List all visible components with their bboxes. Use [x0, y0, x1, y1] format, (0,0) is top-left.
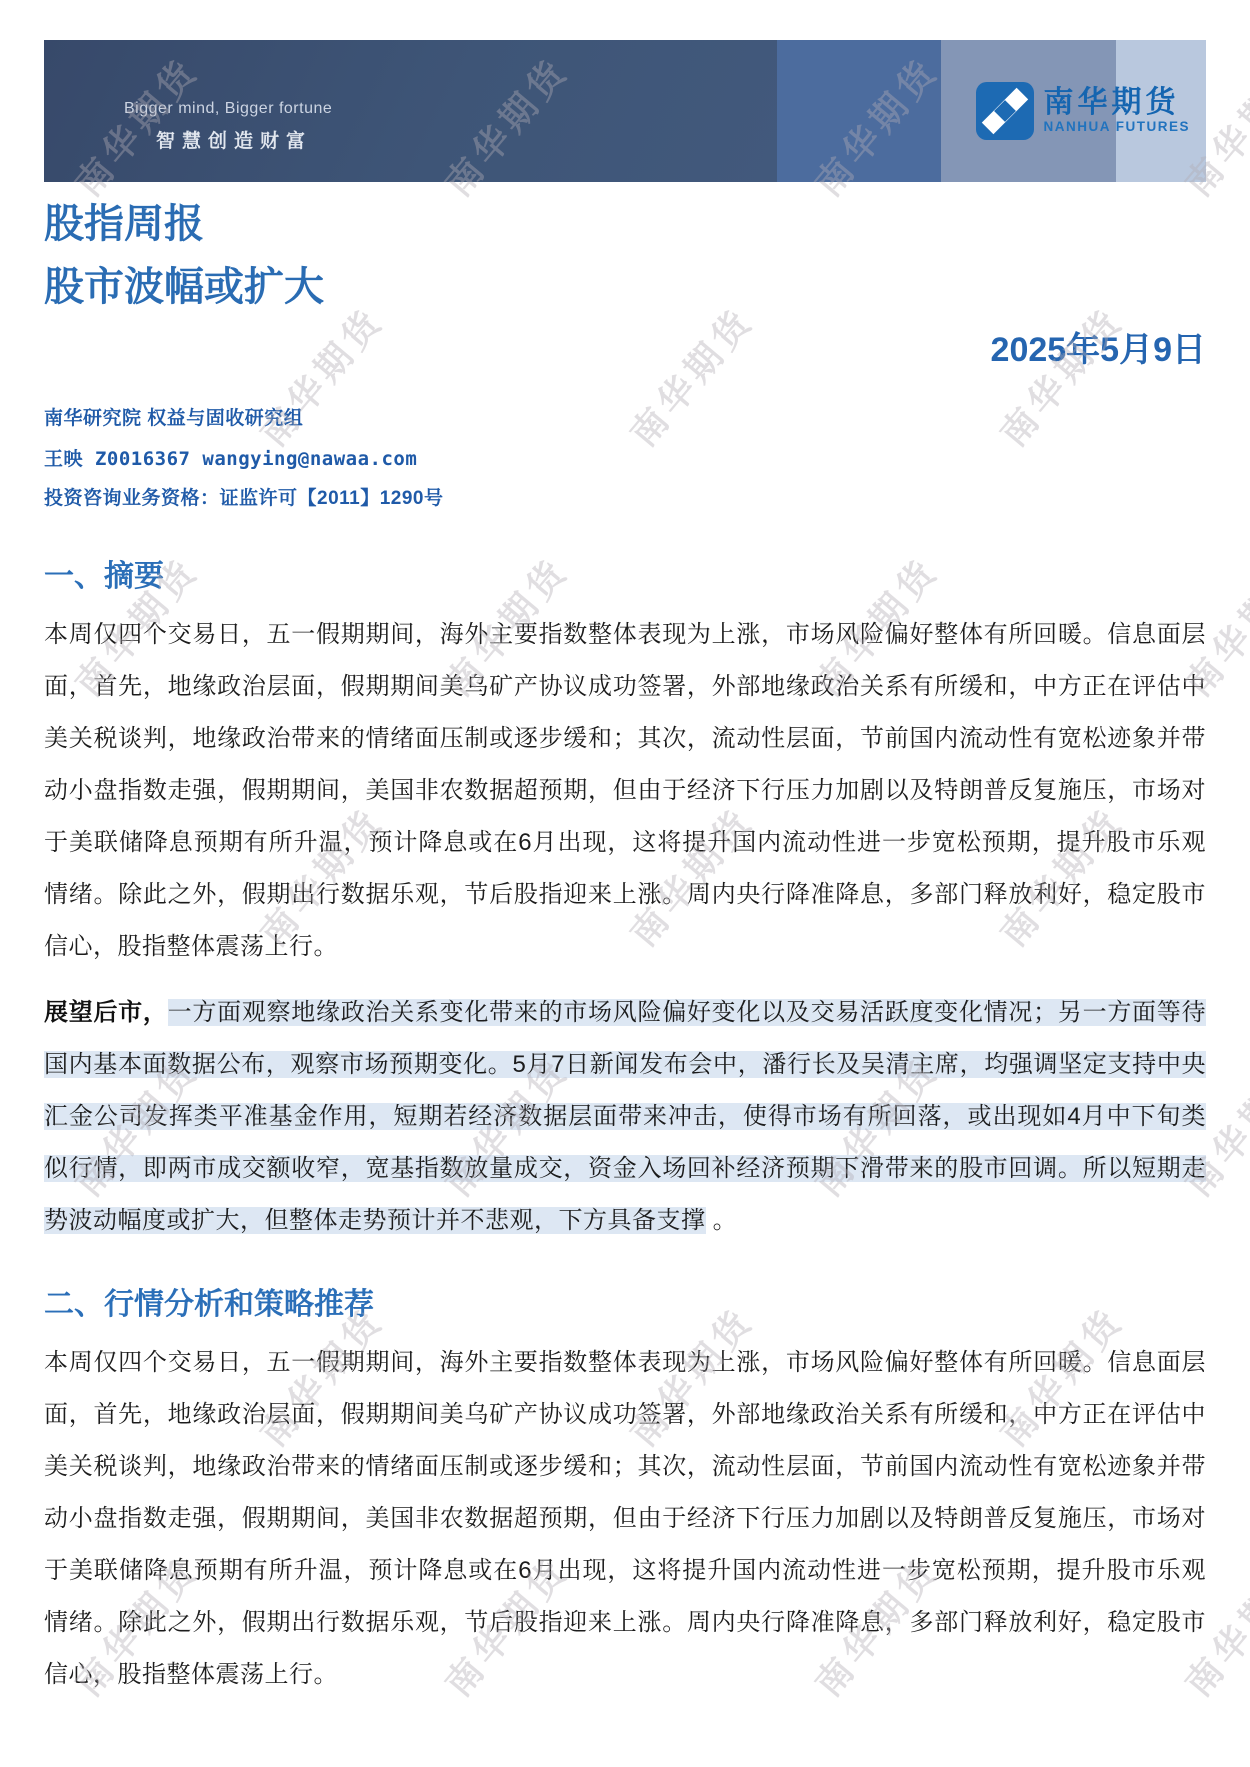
outlook-tail: 。: [706, 1207, 738, 1234]
banner-slogan-zh: 智慧创造财富: [156, 126, 312, 153]
header-banner: Bigger mind, Bigger fortune 智慧创造财富 南华期货 …: [44, 40, 1206, 182]
nanhua-logo-text: 南华期货 NANHUA FUTURES: [1044, 87, 1191, 135]
nanhua-logo-english: NANHUA FUTURES: [1044, 119, 1191, 135]
section-heading-analysis: 二、行情分析和策略推荐: [44, 1287, 1206, 1323]
summary-paragraph: 本周仅四个交易日，五一假期期间，海外主要指数整体表现为上涨，市场风险偏好整体有所…: [44, 609, 1206, 973]
banner-band-medium-blue: [777, 40, 941, 182]
outlook-lead: 展望后市，: [44, 999, 168, 1026]
nanhua-logo-chinese: 南华期货: [1044, 87, 1191, 119]
outlook-highlighted-text: 一方面观察地缘政治关系变化带来的市场风险偏好变化以及交易活跃度变化情况；另一方面…: [44, 999, 1206, 1234]
nanhua-futures-logo: 南华期货 NANHUA FUTURES: [976, 82, 1191, 140]
banner-slogan-en: Bigger mind, Bigger fortune: [124, 100, 332, 118]
outlook-paragraph: 展望后市，一方面观察地缘政治关系变化带来的市场风险偏好变化以及交易活跃度变化情况…: [44, 987, 1206, 1247]
report-date: 2025年5月9日: [44, 332, 1206, 369]
report-page: Bigger mind, Bigger fortune 智慧创造财富 南华期货 …: [0, 0, 1250, 1701]
research-institute: 南华研究院 权益与固收研究组: [44, 399, 1206, 439]
banner-gradient-area: Bigger mind, Bigger fortune 智慧创造财富: [44, 40, 777, 182]
nanhua-logo-icon: [976, 82, 1034, 140]
report-type-title: 股指周报: [44, 202, 1206, 247]
analyst-contact: 王映 Z0016367 wangying@nawaa.com: [44, 439, 1206, 479]
section-heading-summary: 一、摘要: [44, 559, 1206, 595]
qualification-license: 投资咨询业务资格：证监许可【2011】1290号: [44, 479, 1206, 519]
analysis-paragraph: 本周仅四个交易日，五一假期期间，海外主要指数整体表现为上涨，市场风险偏好整体有所…: [44, 1337, 1206, 1701]
author-meta-block: 南华研究院 权益与固收研究组 王映 Z0016367 wangying@nawa…: [44, 399, 1206, 519]
page-title: 股市波幅或扩大: [44, 265, 1206, 310]
